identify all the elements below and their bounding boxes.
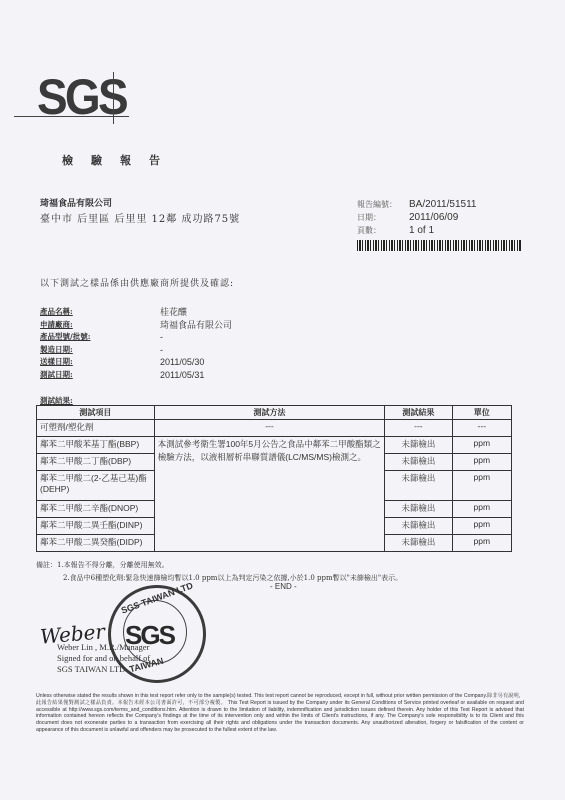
field-value: - xyxy=(160,344,163,357)
field-product-name: 產品名稱: 桂花釀 xyxy=(40,306,232,319)
field-value: 桂花釀 xyxy=(160,306,187,319)
intro-text: 以下測試之樣品係由供應廠商所提供及確認: xyxy=(40,276,234,289)
cell-unit: ppm xyxy=(452,535,511,552)
cell-unit: ppm xyxy=(452,437,511,454)
cell-result: 未篩檢出 xyxy=(385,454,452,471)
sample-fields: 產品名稱: 桂花釀 申請廠商: 琦福食品有限公司 產品型號/批號: - 製造日期… xyxy=(40,306,232,381)
field-label: 產品型號/批號: xyxy=(40,331,160,344)
field-label: 測試日期: xyxy=(40,369,160,382)
legal-disclaimer: Unless otherwise stated the results show… xyxy=(36,693,524,734)
logo-rule-vertical xyxy=(113,72,114,124)
table-row: 可塑劑/塑化劑 --- --- --- xyxy=(37,420,512,437)
page-count-row: 頁數： 1 of 1 xyxy=(357,224,476,237)
header-test-result: 測試結果 xyxy=(385,406,452,420)
signer-line2: Signed for and on behalf of xyxy=(57,653,150,664)
report-title: 檢驗報告 xyxy=(62,152,178,168)
field-applicant: 申請廠商: 琦福食品有限公司 xyxy=(40,319,232,332)
header-unit: 單位 xyxy=(452,406,511,420)
cell-result: 未篩檢出 xyxy=(385,471,452,501)
client-address: 臺中市 后里區 后里里 12鄰 成功路75號 xyxy=(40,210,240,225)
cell-item: 鄰苯二甲酸二異癸酯(DIDP) xyxy=(37,535,155,552)
signer-line3: SGS TAIWAN LTD. xyxy=(57,664,150,675)
report-number-row: 報告編號： BA/2011/51511 xyxy=(357,198,476,211)
cell-result: 未篩檢出 xyxy=(385,518,452,535)
field-value: 2011/05/31 xyxy=(160,369,204,382)
note-1: 備註：1.本報告不得分離，分離使用無效。 xyxy=(36,560,169,570)
client-company: 琦福食品有限公司 xyxy=(40,196,112,209)
cell-result: --- xyxy=(385,420,452,437)
cell-unit: ppm xyxy=(452,501,511,518)
field-label: 產品名稱: xyxy=(40,306,160,319)
note-2: 2.食品中6種塑化劑:緊急快速篩檢均暫以1.0 ppm以上為判定污染之依據,小於… xyxy=(63,573,402,583)
cell-unit: ppm xyxy=(452,518,511,535)
report-number-label: 報告編號： xyxy=(357,198,409,211)
field-label: 申請廠商: xyxy=(40,319,160,332)
field-value: 琦福食品有限公司 xyxy=(160,319,232,332)
cell-result: 未篩檢出 xyxy=(385,535,452,552)
report-date-value: 2011/06/09 xyxy=(409,211,458,224)
cell-method: 本測試參考衛生署100年5月公告之食品中鄰苯二甲酸酯類之檢驗方法，以液相層析串聯… xyxy=(154,437,384,552)
cell-item: 鄰苯二甲酸二異壬酯(DINP) xyxy=(37,518,155,535)
results-table: 測試項目 測試方法 測試結果 單位 可塑劑/塑化劑 --- --- --- 鄰苯… xyxy=(36,405,512,552)
report-date-label: 日期： xyxy=(357,211,409,224)
cell-unit: ppm xyxy=(452,454,511,471)
barcode xyxy=(357,240,522,251)
table-header-row: 測試項目 測試方法 測試結果 單位 xyxy=(37,406,512,420)
cell-item: 鄰苯二甲酸苯基丁酯(BBP) xyxy=(37,437,155,454)
table-row: 鄰苯二甲酸苯基丁酯(BBP) 本測試參考衛生署100年5月公告之食品中鄰苯二甲酸… xyxy=(37,437,512,454)
end-marker: - END - xyxy=(270,582,297,591)
cell-item: 鄰苯二甲酸二辛酯(DNOP) xyxy=(37,501,155,518)
header-test-item: 測試項目 xyxy=(37,406,155,420)
cell-result: 未篩檢出 xyxy=(385,501,452,518)
field-receipt-date: 送樣日期: 2011/05/30 xyxy=(40,356,232,369)
cell-unit: ppm xyxy=(452,471,511,501)
field-value: 2011/05/30 xyxy=(160,356,204,369)
field-model-batch: 產品型號/批號: - xyxy=(40,331,232,344)
signer-name: Weber Lin , M.R./Manager xyxy=(57,642,150,653)
field-test-date: 測試日期: 2011/05/31 xyxy=(40,369,232,382)
field-manufacture-date: 製造日期: - xyxy=(40,344,232,357)
report-number-value: BA/2011/51511 xyxy=(409,198,476,211)
cell-result: 未篩檢出 xyxy=(385,437,452,454)
signer-block: Weber Lin , M.R./Manager Signed for and … xyxy=(57,642,150,675)
field-label: 製造日期: xyxy=(40,344,160,357)
cell-item: 鄰苯二甲酸二丁酯(DBP) xyxy=(37,454,155,471)
report-date-row: 日期： 2011/06/09 xyxy=(357,211,476,224)
header-test-method: 測試方法 xyxy=(154,406,384,420)
cell-unit: --- xyxy=(452,420,511,437)
field-label: 送樣日期: xyxy=(40,356,160,369)
report-meta: 報告編號： BA/2011/51511 日期： 2011/06/09 頁數： 1… xyxy=(357,198,476,237)
page-count-value: 1 of 1 xyxy=(409,224,434,237)
cell-item: 可塑劑/塑化劑 xyxy=(37,420,155,437)
cell-method: --- xyxy=(154,420,384,437)
cell-item: 鄰苯二甲酸二(2-乙基己基)酯(DEHP) xyxy=(37,471,155,501)
logo-rule-horizontal xyxy=(14,116,129,117)
page-count-label: 頁數： xyxy=(357,224,409,237)
field-value: - xyxy=(160,331,163,344)
